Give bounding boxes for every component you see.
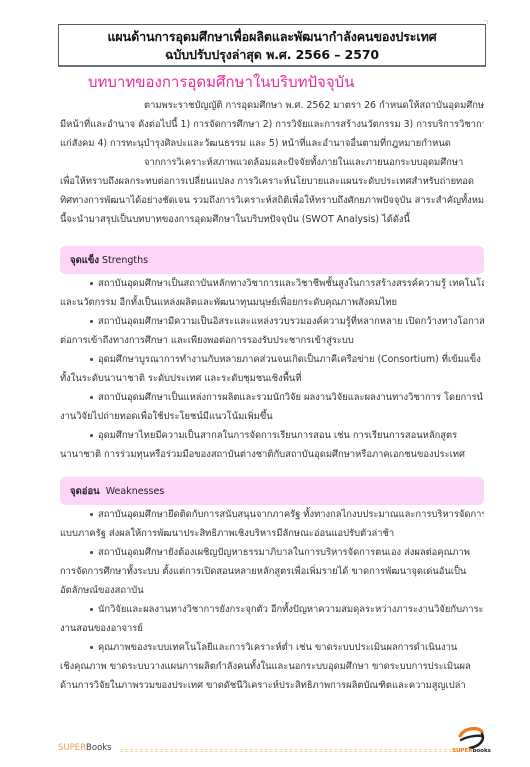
bullet-icon: [90, 434, 93, 437]
weakness-item-4: คุณภาพของระบบเทคโนโลยีและการวิเคราะห์ต่ำ…: [60, 638, 484, 695]
text-line: คุณภาพของระบบเทคโนโลยีและการวิเคราะห์ต่ำ…: [98, 642, 457, 653]
text-line: นักวิจัยและผลงานทางวิชาการยังกระจุกตัว อ…: [98, 604, 484, 615]
section-heading: บทบาทของการอุดมศึกษาในบริบทปัจจุบัน: [88, 71, 354, 93]
bullet-icon: [90, 358, 93, 361]
text-line: สถาบันอุดมศึกษายังต้องเผชิญปัญหาธรรมาภิบ…: [98, 547, 470, 558]
bullet-icon: [90, 646, 93, 649]
text-line: ทั้งในระดับนานาชาติ ระดับประเทศ และระดับ…: [60, 369, 484, 388]
text-line: ตามพระราชบัญญัติ การอุดมศึกษา พ.ศ. 2562 …: [60, 96, 484, 115]
weakness-item-2: สถาบันอุดมศึกษายังต้องเผชิญปัญหาธรรมาภิบ…: [60, 543, 484, 600]
text-line: และนวัตกรรม อีกทั้งเป็นแหล่งผลิตและพัฒนา…: [60, 293, 484, 312]
weaknesses-list: สถาบันอุดมศึกษายึดติดกับการสนับสนุนจากภา…: [60, 505, 484, 695]
text-line: นานาชาติ การร่วมทุนหรือร่วมมือของสถาบันต…: [60, 445, 484, 464]
text-line: จากการวิเคราะห์สภาพแวดล้อมและปัจจัยทั้งภ…: [60, 153, 484, 172]
text-line: อัตลักษณ์ของสถาบัน: [60, 581, 484, 600]
intro-paragraph-2: จากการวิเคราะห์สภาพแวดล้อมและปัจจัยทั้งภ…: [60, 153, 484, 229]
intro-paragraph-1: ตามพระราชบัญญัติ การอุดมศึกษา พ.ศ. 2562 …: [60, 96, 484, 153]
text-line: อุดมศึกษาบูรณาการทำงานกับหลายภาคส่วนจนเก…: [98, 354, 481, 365]
strengths-list: สถาบันอุดมศึกษาเป็นสถาบันหลักทางวิชาการแ…: [60, 274, 484, 464]
bullet-icon: [90, 513, 93, 516]
text-line: สถาบันอุดมศึกษาเป็นสถาบันหลักทางวิชาการแ…: [98, 278, 484, 289]
strengths-label: จุดแข็ง Strengths: [70, 253, 148, 268]
weakness-item-3: นักวิจัยและผลงานทางวิชาการยังกระจุกตัว อ…: [60, 600, 484, 638]
text-line: ด้านการวิจัยในภาพรวมของประเทศ ขาดดัชนีวิ…: [60, 676, 484, 695]
logo-text-books: books: [472, 748, 490, 754]
text-line: เพื่อให้ทราบถึงผลกระทบต่อการเปลี่ยนแปลง …: [60, 172, 484, 191]
text-line: ต่อการเข้าถึงทางการศึกษา และเพียงพอต่อกา…: [60, 331, 484, 350]
bullet-icon: [90, 282, 93, 285]
footer-brand-books: Books: [86, 743, 112, 753]
strength-item-4: สถาบันอุดมศึกษาเป็นแหล่งการผลิตและรวมนัก…: [60, 388, 484, 426]
strengths-label-thai: จุดแข็ง: [70, 255, 99, 266]
text-line: แบบภาครัฐ ส่งผลให้การพัฒนาประสิทธิภาพเชิ…: [60, 524, 484, 543]
text-line: งานสอนของอาจารย์: [60, 619, 484, 638]
text-line: มีหน้าที่และอำนาจ ดังต่อไปนี้ 1) การจัดก…: [60, 115, 484, 134]
bullet-icon: [90, 396, 93, 399]
weaknesses-label-thai: จุดอ่อน: [70, 486, 100, 497]
text-line: สถาบันอุดมศึกษาเป็นแหล่งการผลิตและรวมนัก…: [98, 392, 484, 403]
strengths-label-en: Strengths: [102, 255, 148, 266]
document-title-line-2: ฉบับปรับปรุงล่าสุด พ.ศ. 2566 – 2570: [59, 46, 485, 64]
bullet-icon: [90, 551, 93, 554]
text-line: อุดมศึกษาไทยมีความเป็นสากลในการจัดการเรี…: [98, 430, 457, 441]
text-line: แก่สังคม 4) การทะนุบำรุงศิลปะและวัฒนธรรม…: [60, 134, 484, 153]
text-line: การจัดการศึกษาทั้งระบบ ตั้งแต่การเปิดสอน…: [60, 562, 484, 581]
footer-brand-super: SUPER: [58, 743, 86, 753]
text-line: สถาบันอุดมศึกษายึดติดกับการสนับสนุนจากภา…: [98, 509, 484, 520]
strength-item-1: สถาบันอุดมศึกษาเป็นสถาบันหลักทางวิชาการแ…: [60, 274, 484, 312]
footer-divider: [120, 749, 462, 752]
strengths-header: จุดแข็ง Strengths: [60, 246, 484, 274]
footer-logo-text: SUPERbooks: [452, 748, 491, 754]
logo-text-super: SUPER: [452, 748, 472, 754]
text-line: เชิงคุณภาพ ขาดระบบวางแผนการผลิตกำลังคนทั…: [60, 657, 484, 676]
superbooks-logo: SUPERbooks: [452, 726, 494, 758]
strength-item-5: อุดมศึกษาไทยมีความเป็นสากลในการจัดการเรี…: [60, 426, 484, 464]
text-line: ทิศทางการพัฒนาได้อย่างชัดเจน รวมถึงการวิ…: [60, 191, 484, 210]
strength-item-3: อุดมศึกษาบูรณาการทำงานกับหลายภาคส่วนจนเก…: [60, 350, 484, 388]
document-title-line-1: แผนด้านการอุดมศึกษาเพื่อผลิตและพัฒนากำลั…: [59, 28, 485, 46]
text-line: งานวิจัยไปถ่ายทอดเพื่อใช้ประโยชน์มีแนวโน…: [60, 407, 484, 426]
document-title-box: แผนด้านการอุดมศึกษาเพื่อผลิตและพัฒนากำลั…: [58, 24, 486, 67]
weaknesses-label: จุดอ่อน Weaknesses: [70, 484, 164, 499]
weaknesses-header: จุดอ่อน Weaknesses: [60, 477, 484, 505]
superbooks-swoosh-icon: [452, 726, 494, 750]
bullet-icon: [90, 320, 93, 323]
intro-content: ตามพระราชบัญญัติ การอุดมศึกษา พ.ศ. 2562 …: [60, 96, 484, 229]
bullet-icon: [90, 608, 93, 611]
weaknesses-label-en: Weaknesses: [106, 486, 165, 497]
text-line: นี้จะนำมาสรุปเป็นบทบาทของการอุดมศึกษาในบ…: [60, 210, 484, 229]
weakness-item-1: สถาบันอุดมศึกษายึดติดกับการสนับสนุนจากภา…: [60, 505, 484, 543]
text-line: สถาบันอุดมศึกษามีความเป็นอิสระและแหล่งรว…: [98, 316, 484, 327]
strength-item-2: สถาบันอุดมศึกษามีความเป็นอิสระและแหล่งรว…: [60, 312, 484, 350]
footer-brand: SUPERBooks: [58, 743, 112, 753]
